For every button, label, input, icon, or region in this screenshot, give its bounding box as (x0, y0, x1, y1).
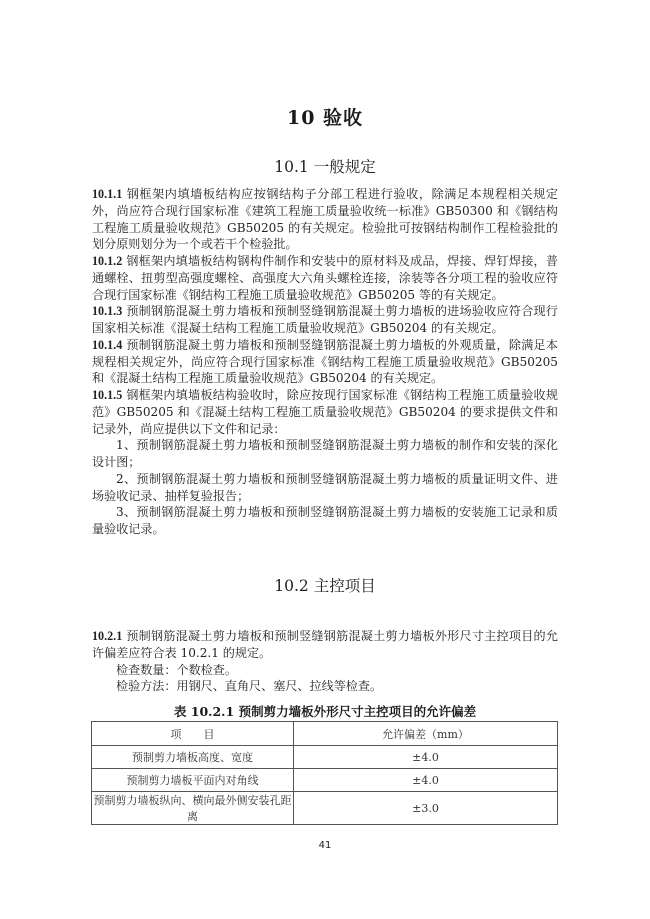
section-title-10-2: 10.2 主控项目 (0, 574, 650, 596)
clause-10-1-4: 10.1.4 预制钢筋混凝土剪力墙板和预制竖缝钢筋混凝土剪力墙板的外观质量，除满… (92, 337, 558, 387)
section-10-2-body: 10.2.1 预制钢筋混凝土剪力墙板和预制竖缝钢筋混凝土剪力墙板外形尺寸主控项目… (92, 628, 558, 695)
list-item: 3、预制钢筋混凝土剪力墙板和预制竖缝钢筋混凝土剪力墙板的安装施工记录和质量验收记… (92, 504, 558, 538)
clause-10-1-2: 10.1.2 钢框架内填墙板结构钢构件制作和安装中的原材料及成品，焊接、焊钉焊接… (92, 253, 558, 303)
clause-number: 10.2.1 (92, 629, 122, 643)
clause-10-1-3: 10.1.3 预制钢筋混凝土剪力墙板和预制竖缝钢筋混凝土剪力墙板的进场验收应符合… (92, 303, 558, 337)
clause-10-1-5: 10.1.5 钢框架内填墙板结构验收时，除应按现行国家标准《钢结构工程施工质量验… (92, 387, 558, 437)
clause-text: 钢框架内填墙板结构钢构件制作和安装中的原材料及成品，焊接、焊钉焊接，普通螺栓、扭… (92, 254, 558, 302)
clause-10-2-1: 10.2.1 预制钢筋混凝土剪力墙板和预制竖缝钢筋混凝土剪力墙板外形尺寸主控项目… (92, 628, 558, 662)
table-cell-item: 预制剪力墙板平面内对角线 (92, 769, 294, 792)
clause-text: 预制钢筋混凝土剪力墙板和预制竖缝钢筋混凝土剪力墙板外形尺寸主控项目的允许偏差应符… (92, 629, 558, 660)
table-row: 预制剪力墙板平面内对角线 ±4.0 (92, 769, 558, 792)
inspection-quantity: 检查数量：个数检查。 (92, 662, 558, 679)
table-cell-tolerance: ±4.0 (294, 746, 558, 769)
clause-text: 钢框架内填墙板结构应按钢结构子分部工程进行验收，除满足本规程相关规定外，尚应符合… (92, 187, 558, 251)
table-header-row: 项 目 允许偏差（mm） (92, 722, 558, 746)
document-page: 10 验收 10.1 一般规定 10.1.1 钢框架内填墙板结构应按钢结构子分部… (0, 0, 650, 919)
page-number: 41 (0, 840, 650, 851)
column-header-item: 项 目 (92, 722, 294, 746)
table-row: 预制剪力墙板纵向、横向最外侧安装孔距离 ±3.0 (92, 792, 558, 825)
clause-number: 10.1.2 (92, 254, 122, 268)
clause-text: 预制钢筋混凝土剪力墙板和预制竖缝钢筋混凝土剪力墙板的进场验收应符合现行国家相关标… (92, 304, 558, 335)
table-cell-tolerance: ±3.0 (294, 792, 558, 825)
section-10-1-body: 10.1.1 钢框架内填墙板结构应按钢结构子分部工程进行验收，除满足本规程相关规… (92, 186, 558, 538)
inspection-method: 检验方法：用钢尺、直角尺、塞尺、拉线等检查。 (92, 678, 558, 695)
clause-text: 预制钢筋混凝土剪力墙板和预制竖缝钢筋混凝土剪力墙板的外观质量，除满足本规程相关规… (92, 338, 558, 386)
table-cell-item: 预制剪力墙板高度、宽度 (92, 746, 294, 769)
clause-number: 10.1.5 (92, 388, 122, 402)
list-item: 1、预制钢筋混凝土剪力墙板和预制竖缝钢筋混凝土剪力墙板的制作和安装的深化设计图； (92, 437, 558, 471)
section-title-10-1: 10.1 一般规定 (0, 155, 650, 177)
clause-number: 10.1.3 (92, 304, 122, 318)
clause-text: 钢框架内填墙板结构验收时，除应按现行国家标准《钢结构工程施工质量验收规范》GB5… (92, 388, 558, 436)
table-row: 预制剪力墙板高度、宽度 ±4.0 (92, 746, 558, 769)
chapter-title: 10 验收 (0, 103, 650, 130)
clause-number: 10.1.4 (92, 338, 122, 352)
table-caption: 表 10.2.1 预制剪力墙板外形尺寸主控项目的允许偏差 (0, 702, 650, 720)
clause-number: 10.1.1 (92, 187, 122, 201)
list-item: 2、预制钢筋混凝土剪力墙板和预制竖缝钢筋混凝土剪力墙板的质量证明文件、进场验收记… (92, 471, 558, 505)
table-cell-tolerance: ±4.0 (294, 769, 558, 792)
column-header-tolerance: 允许偏差（mm） (294, 722, 558, 746)
clause-10-1-1: 10.1.1 钢框架内填墙板结构应按钢结构子分部工程进行验收，除满足本规程相关规… (92, 186, 558, 253)
table-cell-item: 预制剪力墙板纵向、横向最外侧安装孔距离 (92, 792, 294, 825)
tolerance-table: 项 目 允许偏差（mm） 预制剪力墙板高度、宽度 ±4.0 预制剪力墙板平面内对… (91, 721, 558, 825)
